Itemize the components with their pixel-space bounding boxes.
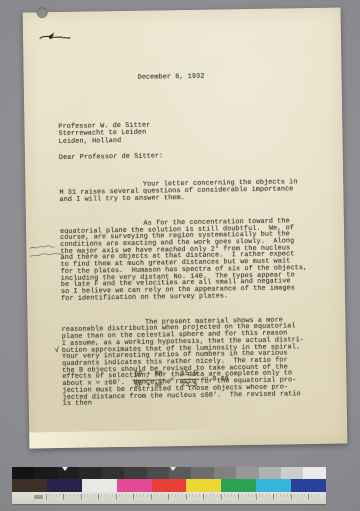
punch-notch: [37, 7, 48, 18]
ruler-label-smudge: [34, 495, 43, 499]
value-fraction: 15.5 23.5: [179, 370, 200, 389]
date-line: December 6, 1932: [138, 74, 205, 82]
margin-note-handwriting: [29, 242, 71, 265]
body-paragraph-1: Your letter concerning the objects in M …: [59, 179, 309, 203]
color-patch-dark-brown: [12, 479, 47, 492]
grayscale-patch: [102, 467, 124, 479]
grayscale-patch: [191, 467, 213, 479]
grayscale-patch: [79, 467, 101, 479]
color-patch-magenta: [117, 479, 152, 492]
color-patch-red: [152, 479, 187, 492]
color-patch-white: [82, 479, 117, 492]
letter-page: December 6, 1932 Professor W. de Sitter …: [23, 8, 348, 449]
color-patch-blue: [291, 479, 326, 492]
color-patch-green: [221, 479, 256, 492]
ruler: [12, 492, 326, 504]
grayscale-patch: [147, 467, 169, 479]
formula-result: = 0.66: [204, 375, 229, 383]
quadrant-numerator: SP + NP: [132, 370, 165, 381]
ink-scribble-mark: [38, 30, 72, 45]
archival-photo: { "photo": { "background_color": "#8d8d9…: [0, 0, 360, 511]
grayscale-patch: [34, 467, 56, 479]
equals-sign: =: [170, 376, 174, 384]
grayscale-patch: [303, 467, 325, 479]
recipient-address: Professor W. de Sitter Sterrewacht te Le…: [58, 123, 150, 146]
registration-mark: [62, 467, 68, 471]
body-paragraph-3: The present material shows a more reason…: [61, 317, 312, 408]
grayscale-patch: [57, 467, 79, 479]
quadrant-denominator: SF + NF: [132, 380, 165, 390]
grayscale-patch: [12, 467, 34, 479]
checkmark-annotation: √: [55, 348, 59, 355]
body-paragraph-2: As for the concentration toward the equa…: [60, 218, 311, 302]
recipient-city: Leiden, Holland: [59, 137, 122, 146]
registration-mark: [170, 467, 176, 471]
quadrant-fraction: SP + NP SF + NF: [132, 370, 165, 390]
grayscale-patch: [214, 467, 236, 479]
color-strip: [12, 479, 326, 492]
ruler-ticks: [46, 494, 320, 500]
salutation: Dear Professor de Sitter:: [59, 153, 164, 161]
value-denominator: 23.5: [179, 380, 199, 389]
color-patch-cyan: [256, 479, 291, 492]
grayscale-patch: [281, 467, 303, 479]
ratio-formula: SP + NP SF + NF = 15.5 23.5 = 0.66: [132, 369, 229, 390]
grayscale-patch: [259, 467, 281, 479]
value-numerator: 15.5: [179, 370, 199, 380]
grayscale-patch: [236, 467, 258, 479]
color-patch-yellow: [186, 479, 221, 492]
calibration-target: [12, 467, 326, 504]
color-patch-navy: [47, 479, 82, 492]
grayscale-strip: [12, 467, 326, 479]
grayscale-patch: [124, 467, 146, 479]
